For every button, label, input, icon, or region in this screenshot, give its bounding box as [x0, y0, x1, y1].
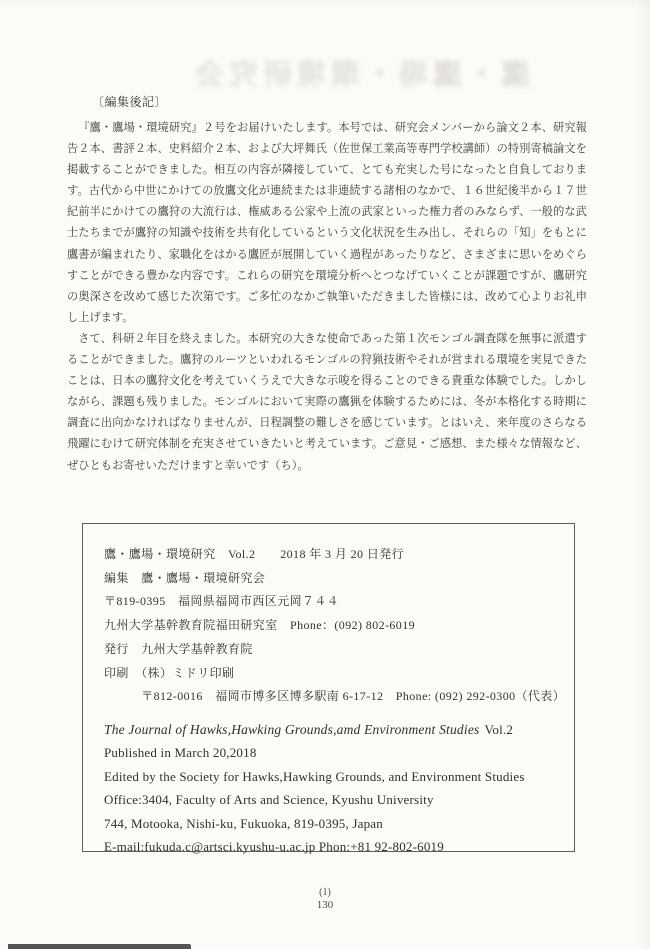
colophon-english-detail-lines: Published in March 20,2018Edited by the … [104, 741, 564, 858]
colophon-line: 〒819-0395 福岡県福岡市西区元岡７４４ [104, 590, 564, 614]
colophon-line: 印刷 （株）ミドリ印刷 [104, 662, 564, 686]
colophon-english-line: Office:3404, Faculty of Arts and Science… [104, 788, 564, 811]
editorial-paragraph: さて、科研２年目を終えました。本研究の大きな使命であった第１次モンゴル調査隊を無… [67, 329, 587, 477]
colophon-english-lines: The Journal of Hawks,Hawking Grounds,amd… [104, 718, 564, 858]
colophon-japanese-lines: 鷹・鷹場・環境研究 Vol.2 2018 年 3 月 20 日発行編集 鷹・鷹場… [104, 543, 564, 709]
page-footer: (1) 130 [0, 886, 650, 912]
journal-title-english: The Journal of Hawks,Hawking Grounds,amd… [104, 718, 564, 741]
journal-title-text: The Journal of Hawks,Hawking Grounds,amd… [104, 722, 479, 737]
scanner-edge-artifact [8, 944, 191, 949]
scanned-journal-page: 鷹・鷹場・環境研究会 〔編集後記〕 『鷹・鷹場・環境研究』２号をお届けいたします… [0, 0, 650, 949]
colophon-line: 発行 九州大学基幹教育院 [104, 638, 564, 662]
editorial-body: 『鷹・鷹場・環境研究』２号をお届けいたします。本号では、研究会メンバーから論文２… [67, 118, 587, 477]
colophon-english-line: E-mail:fukuda.c@artsci.kyushu-u.ac.jp Ph… [104, 835, 564, 858]
colophon-box: 鷹・鷹場・環境研究 Vol.2 2018 年 3 月 20 日発行編集 鷹・鷹場… [82, 523, 575, 852]
bleedthrough-text-artifact: 鷹・鷹場・環境研究会 [150, 52, 530, 93]
colophon-line: 九州大学基幹教育院福田研究室 Phone：(092) 802-6019 [104, 614, 564, 638]
footer-section-page-number: (1) [0, 886, 650, 899]
colophon-english-line: Published in March 20,2018 [104, 741, 564, 764]
footer-page-number: 130 [0, 899, 650, 912]
colophon-line: 〒812-0016 福岡市博多区博多駅南 6-17-12 Phone: (092… [104, 685, 564, 709]
colophon-line: 編集 鷹・鷹場・環境研究会 [104, 567, 564, 591]
editorial-paragraph: 『鷹・鷹場・環境研究』２号をお届けいたします。本号では、研究会メンバーから論文２… [67, 118, 587, 329]
journal-volume-label: Vol.2 [484, 722, 513, 737]
editorial-postscript-heading: 〔編集後記〕 [68, 92, 588, 113]
colophon-english-line: 744, Motooka, Nishi-ku, Fukuoka, 819-039… [104, 812, 564, 835]
colophon-line: 鷹・鷹場・環境研究 Vol.2 2018 年 3 月 20 日発行 [104, 543, 564, 567]
colophon-english-line: Edited by the Society for Hawks,Hawking … [104, 765, 564, 788]
